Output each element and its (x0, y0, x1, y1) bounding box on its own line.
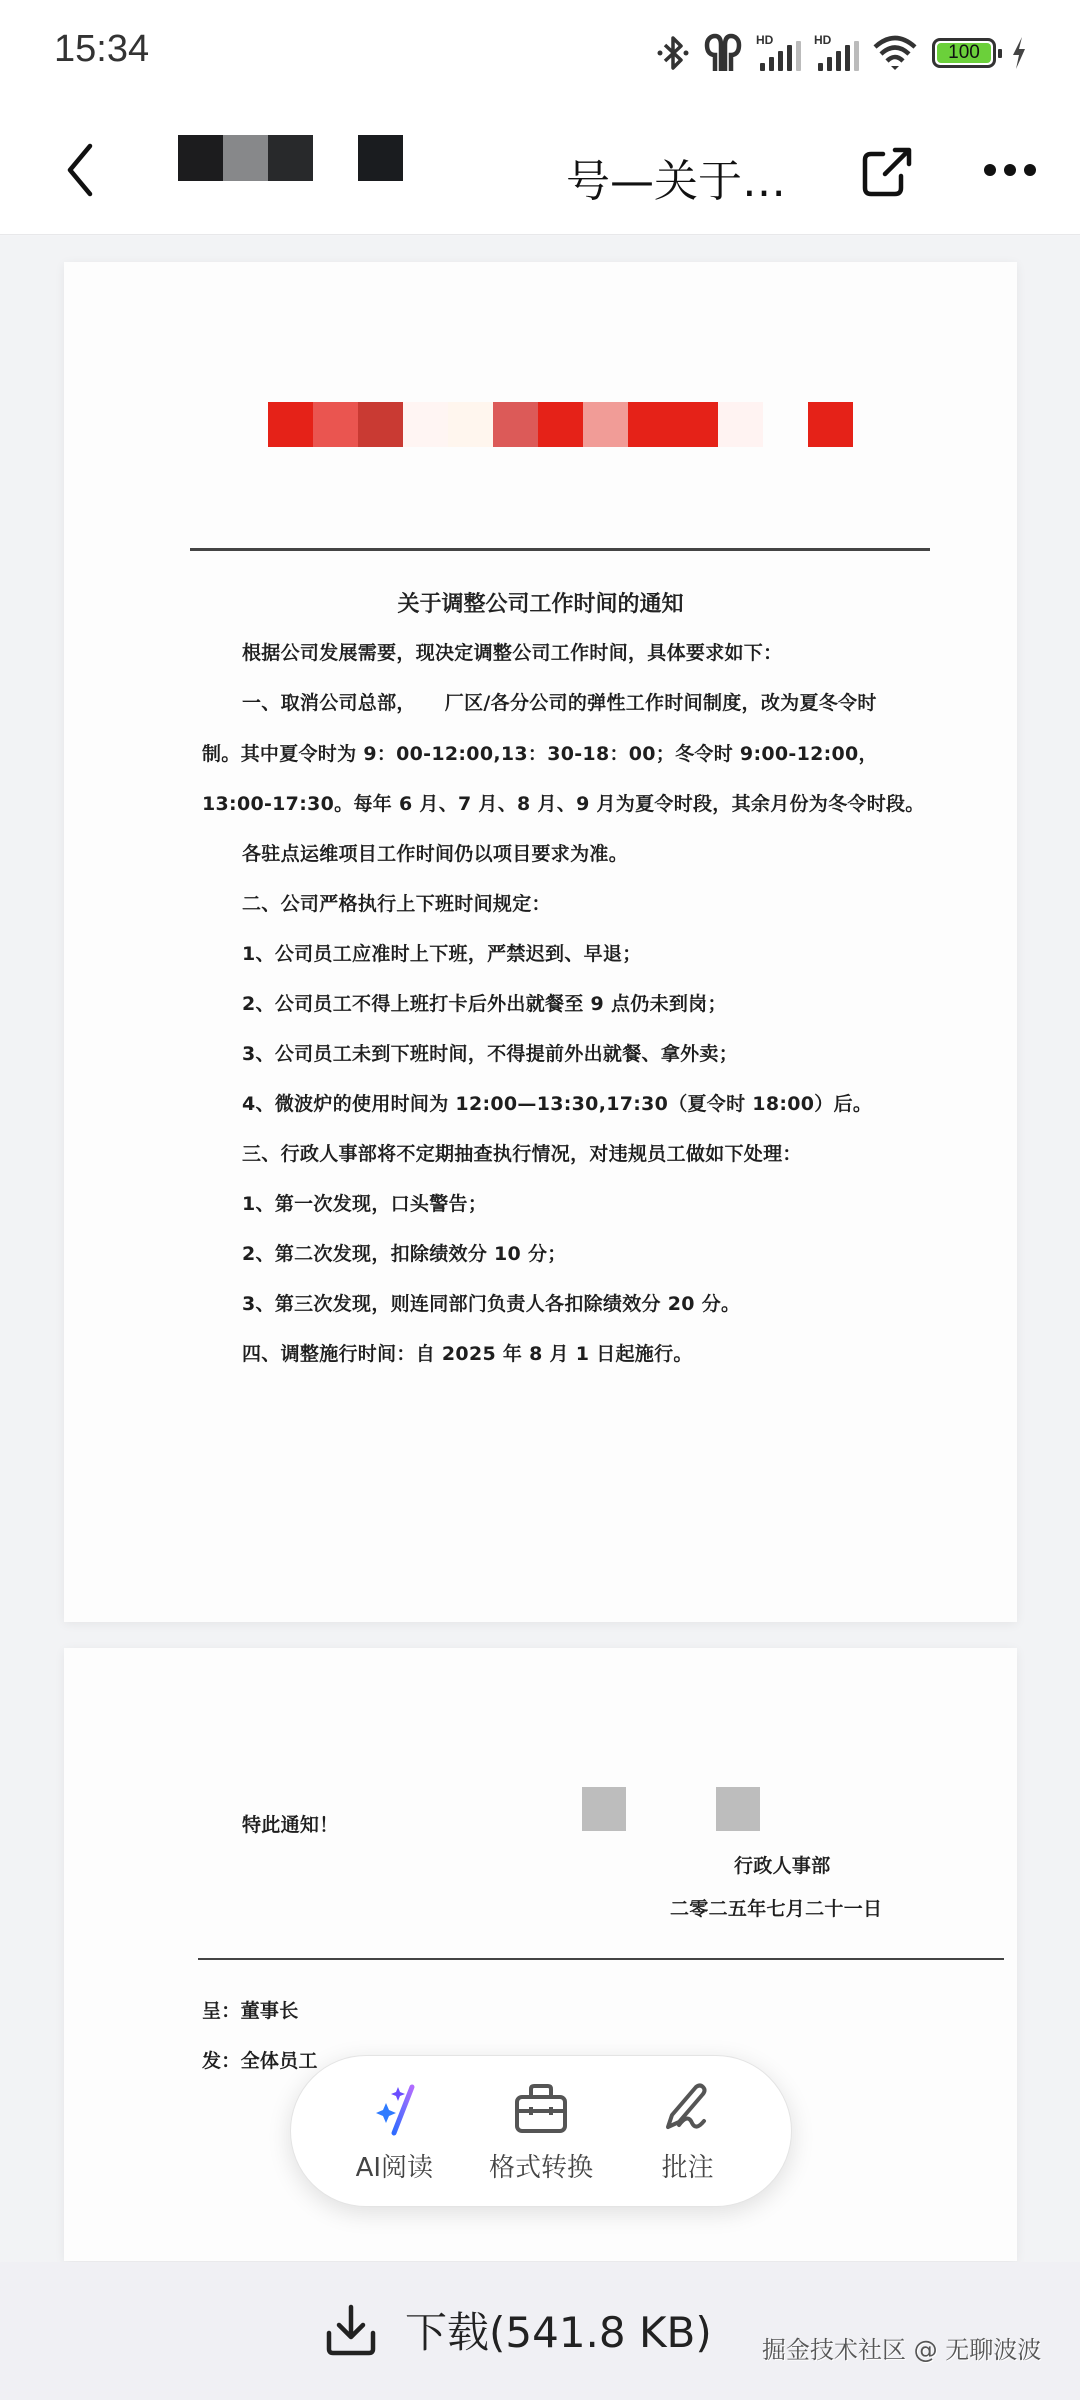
format-convert-label: 格式转换 (489, 2147, 593, 2184)
status-bar: 15:34 HD HD 100 (0, 0, 1080, 105)
paragraph: 3、第三次发现，则连同部门负责人各扣除绩效分 20 分。 (242, 1289, 740, 1316)
closing-text: 特此通知！ (242, 1810, 339, 1837)
share-button[interactable] (855, 140, 919, 204)
paragraph: 3、公司员工未到下班时间，不得提前外出就餐、拿外卖； (242, 1039, 738, 1066)
download-icon (325, 2303, 377, 2357)
signature-date: 二零二五年七月二十一日 (670, 1894, 882, 1921)
redacted-seal-block (582, 1787, 626, 1831)
send-recipient: 发：全体员工 (202, 2046, 318, 2073)
status-time: 15:34 (54, 28, 149, 71)
annotate-label: 批注 (662, 2147, 714, 2184)
status-icons: HD HD 100 (656, 30, 1028, 76)
signal-hd-label: HD (814, 33, 831, 47)
redacted-seal-block (716, 1787, 760, 1831)
chevron-left-icon (60, 140, 100, 200)
footer-divider (198, 1958, 1004, 1960)
paragraph: 四、调整施行时间：自 2025 年 8 月 1 日起施行。 (242, 1339, 693, 1366)
battery-level: 100 (937, 43, 991, 63)
back-button[interactable] (50, 135, 110, 205)
signal-icon: HD (814, 33, 858, 73)
redacted-title-block (268, 135, 313, 181)
wifi-icon (872, 33, 918, 73)
pen-icon (658, 2079, 718, 2139)
battery-icon: 100 (932, 38, 996, 68)
redacted-title-block (223, 135, 268, 181)
download-button[interactable]: 下载(541.8 KB) (325, 2300, 712, 2360)
paragraph: 13:00-17:30。每年 6 月、7 月、8 月、9 月为夏令时段，其余月份… (202, 789, 925, 816)
ai-read-label: AI阅读 (356, 2147, 433, 2184)
document-viewer[interactable]: 关于调整公司工作时间的通知 根据公司发展需要，现决定调整公司工作时间，具体要求如… (0, 236, 1080, 2268)
earbuds-icon (704, 33, 742, 73)
bottom-bar: 下载(541.8 KB) 掘金技术社区 @ 无聊波波 (0, 2262, 1080, 2400)
paragraph: 二、公司严格执行上下班时间规定： (242, 889, 551, 916)
watermark: 掘金技术社区 @ 无聊波波 (762, 2330, 1041, 2365)
paragraph: 各驻点运维项目工作时间仍以项目要求为准。 (242, 839, 628, 866)
paragraph: 1、第一次发现，口头警告； (242, 1189, 487, 1216)
paragraph: 1、公司员工应准时上下班，严禁迟到、早退； (242, 939, 642, 966)
share-external-icon (855, 140, 919, 204)
signature-department: 行政人事部 (734, 1851, 831, 1878)
notice-title: 关于调整公司工作时间的通知 (64, 587, 1017, 618)
paragraph: 一、取消公司总部， 厂区/各分公司的弹性工作时间制度，改为夏冬令时 (242, 688, 877, 715)
more-dot-icon (1024, 164, 1036, 176)
signal-icon: HD (756, 33, 800, 73)
document-title: 号—关于… (566, 145, 786, 209)
redacted-title-block (178, 135, 223, 181)
annotate-button[interactable]: 批注 (618, 2079, 758, 2184)
redacted-letterhead (268, 402, 853, 447)
more-dot-icon (984, 164, 996, 176)
paragraph: 2、公司员工不得上班打卡后外出就餐至 9 点仍未到岗； (242, 989, 727, 1016)
app-header: 号—关于… (0, 105, 1080, 235)
charging-icon (1010, 35, 1028, 71)
redacted-title-block (358, 135, 403, 181)
cc-recipient: 呈：董事长 (202, 1996, 299, 2023)
paragraph: 根据公司发展需要，现决定调整公司工作时间，具体要求如下： (242, 638, 782, 665)
download-label: 下载(541.8 KB) (405, 2300, 712, 2360)
bluetooth-icon (656, 33, 690, 73)
paragraph: 制。其中夏令时为 9：00-12:00,13：30-18：00；冬令时 9:00… (202, 739, 878, 766)
signal-hd-label: HD (756, 33, 773, 47)
format-convert-button[interactable]: 格式转换 (471, 2079, 611, 2184)
ai-read-button[interactable]: AI阅读 (324, 2079, 464, 2184)
paragraph: 4、微波炉的使用时间为 12:00—13:30,17:30（夏令时 18:00）… (242, 1089, 872, 1116)
more-options-button[interactable] (975, 155, 1045, 185)
paragraph: 2、第二次发现，扣除绩效分 10 分； (242, 1239, 567, 1266)
paragraph: 三、行政人事部将不定期抽查执行情况，对违规员工做如下处理： (242, 1139, 802, 1166)
toolbox-icon (511, 2079, 571, 2139)
more-dot-icon (1004, 164, 1016, 176)
ai-sparkle-icon (364, 2079, 424, 2139)
floating-toolbar: AI阅读 格式转换 批注 (290, 2055, 792, 2207)
document-page-1: 关于调整公司工作时间的通知 根据公司发展需要，现决定调整公司工作时间，具体要求如… (64, 262, 1017, 1622)
letterhead-divider (190, 548, 930, 551)
